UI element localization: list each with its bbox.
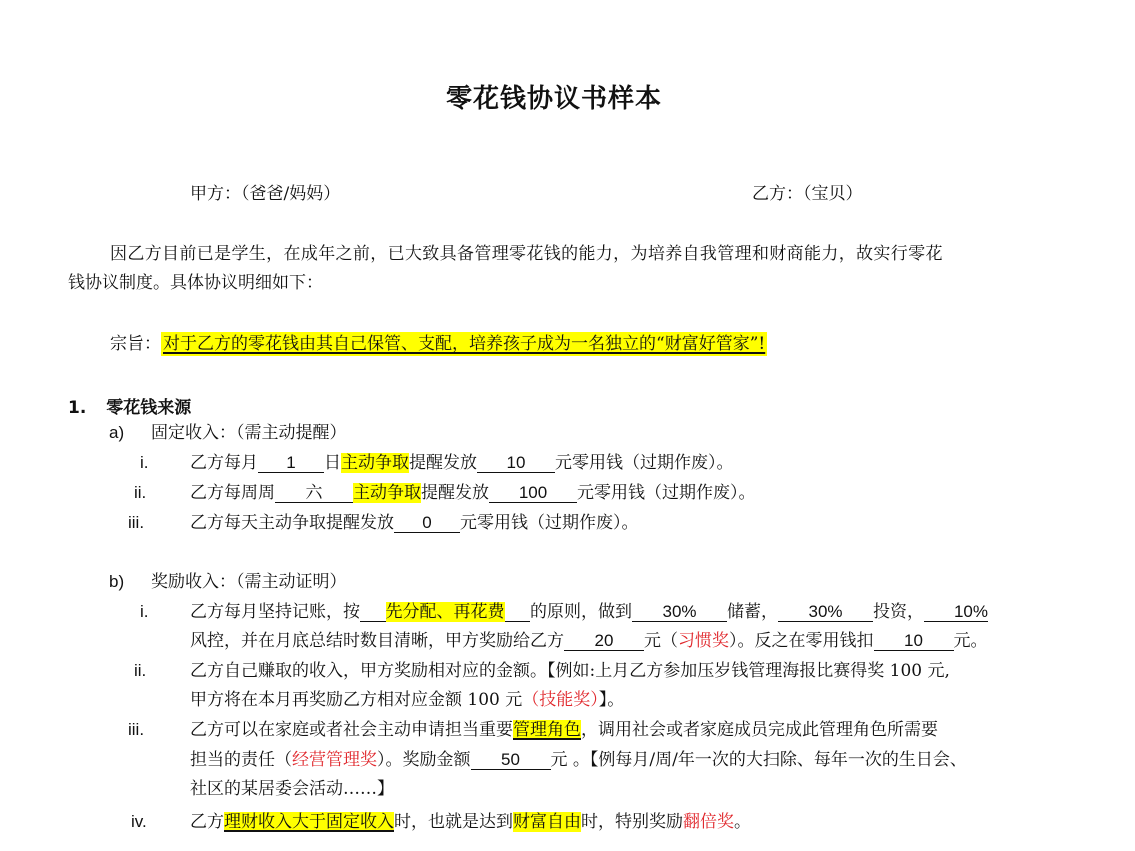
highlight: 先分配、再花费 [386, 602, 505, 622]
party-b: 乙方：（宝贝） [752, 183, 863, 205]
purpose-label: 宗旨： [110, 334, 161, 354]
subsection-a-heading: a) 固定收入：（需主动提醒） [109, 422, 124, 444]
blank-field: 10% [924, 601, 988, 622]
text: 担当的责任（ [190, 750, 292, 770]
list-item-text: 乙方每天主动争取提醒发放0元零用钱（过期作废）。 [190, 512, 639, 534]
award-label: （技能奖） [522, 690, 599, 710]
text: 元（ [644, 631, 678, 651]
text: 元 。【例每月/周/年一次的大扫除、每年一次的生日会、 [551, 750, 967, 770]
text: ，调用社会或者家庭成员完成此管理角色所需要 [581, 720, 938, 740]
text: ）。奖励金额 [377, 750, 471, 770]
list-marker: iv. [131, 812, 147, 831]
text: 乙方每月坚持记账，按 [190, 602, 360, 622]
text: 元零用钱（过期作废）。 [555, 453, 734, 473]
blank-field: 30% [632, 601, 727, 622]
list-marker: iii. [128, 513, 144, 532]
list-marker: iii. [128, 720, 144, 739]
text: 元零用钱（过期作废）。 [460, 513, 639, 533]
blank-field: 10 [477, 452, 555, 473]
text: 提醒发放 [421, 483, 489, 503]
text: 甲方将在本月再奖励乙方相对应金额 100 元 [190, 690, 522, 710]
list-marker: i. [140, 453, 149, 472]
blank-field: 10 [874, 630, 954, 651]
text: 日 [324, 453, 341, 473]
subsection-title: 固定收入：（需主动提醒） [151, 422, 347, 444]
intro-line-1: 因乙方目前已是学生，在成年之前，已大致具备管理零花钱的能力，为培养自我管理和财商… [110, 243, 943, 265]
blank-field: 30% [778, 601, 873, 622]
award-label: 经营管理奖 [292, 750, 377, 770]
text: 。 [734, 812, 751, 832]
text: 乙方每天主动争取提醒发放 [190, 513, 394, 533]
section-number: 1. [68, 398, 86, 418]
list-marker: ii. [134, 661, 146, 680]
list-marker: ii. [134, 483, 146, 502]
text: 元零用钱（过期作废）。 [577, 483, 756, 503]
text: 投资， [873, 602, 924, 622]
list-item: iii. [128, 512, 144, 534]
list-item-text: 担当的责任（经营管理奖）。奖励金额50元 。【例每月/周/年一次的大扫除、每年一… [190, 749, 967, 771]
list-marker: i. [140, 602, 149, 621]
list-item-text: 乙方理财收入大于固定收入时，也就是达到财富自由时，特别奖励翻倍奖。 [190, 811, 751, 833]
text: 时，也就是达到 [394, 812, 513, 832]
list-marker: b) [109, 572, 124, 591]
award-label: 翻倍奖 [683, 812, 734, 832]
list-item-text: 乙方每周周六主动争取提醒发放100元零用钱（过期作废）。 [190, 482, 756, 504]
list-item-text: 乙方可以在家庭或者社会主动申请担当重要管理角色，调用社会或者家庭成员完成此管理角… [190, 719, 938, 741]
blank-field: 100 [489, 482, 577, 503]
text: 储蓄， [727, 602, 778, 622]
intro-line-2: 钱协议制度。具体协议明细如下： [68, 272, 323, 294]
list-item: iii. [128, 719, 144, 741]
blank-field: 0 [394, 512, 460, 533]
section-1-heading: 1. 零花钱来源 [68, 393, 191, 418]
blank-field: 20 [564, 630, 644, 651]
list-item: iv. [131, 811, 147, 833]
blank-field: 1 [258, 452, 324, 473]
list-item-text: 乙方每月坚持记账，按先分配、再花费的原则，做到30%储蓄，30%投资，10% [190, 601, 988, 623]
highlight: 理财收入大于固定收入 [224, 812, 394, 832]
list-item: ii. [134, 482, 146, 504]
award-label: 习惯奖 [678, 631, 729, 651]
subsection-b-heading: b) 奖励收入：（需主动证明） [109, 571, 124, 593]
highlight: 管理角色 [513, 720, 581, 740]
list-item-text: 甲方将在本月再奖励乙方相对应金额 100 元（技能奖）】。 [190, 689, 624, 711]
text: 元。 [954, 631, 988, 651]
text: 时，特别奖励 [581, 812, 683, 832]
text: ）。反之在零用钱扣 [729, 631, 874, 651]
list-item-text: 乙方自己赚取的收入，甲方奖励相对应的金额。【例如:上月乙方参加压岁钱管理海报比赛… [190, 660, 950, 682]
text: 】。 [599, 690, 625, 710]
list-item-text: 乙方每月1日主动争取提醒发放10元零用钱（过期作废）。 [190, 452, 734, 474]
subsection-title: 奖励收入：（需主动证明） [151, 571, 347, 593]
list-item: ii. [134, 660, 146, 682]
party-a: 甲方：（爸爸/妈妈） [190, 183, 340, 205]
text: 乙方每月 [190, 453, 258, 473]
section-title: 零花钱来源 [106, 398, 191, 418]
highlight: 财富自由 [513, 812, 581, 832]
text: 提醒发放 [409, 453, 477, 473]
list-item: i. [140, 452, 149, 474]
blank-field: 先分配、再花费 [360, 601, 530, 622]
blank-field: 50 [471, 749, 551, 770]
list-item-text: 风控，并在月底总结时数目清晰，甲方奖励给乙方20元（习惯奖）。反之在零用钱扣10… [190, 630, 988, 652]
highlight: 主动争取 [341, 453, 409, 473]
blank-field: 六 [275, 482, 353, 503]
text: 的原则，做到 [530, 602, 632, 622]
list-marker: a) [109, 423, 124, 442]
document-title: 零花钱协议书样本 [446, 78, 662, 115]
list-item-text: 社区的某居委会活动……】 [190, 778, 394, 800]
purpose-row: 宗旨：对于乙方的零花钱由其自己保管、支配，培养孩子成为一名独立的“财富好管家”! [110, 333, 767, 355]
text: 乙方每周周 [190, 483, 275, 503]
text: 乙方 [190, 812, 224, 832]
highlight: 主动争取 [353, 483, 421, 503]
text: 乙方可以在家庭或者社会主动申请担当重要 [190, 720, 513, 740]
list-item: i. [140, 601, 149, 623]
text: 风控，并在月底总结时数目清晰，甲方奖励给乙方 [190, 631, 564, 651]
purpose-text: 对于乙方的零花钱由其自己保管、支配，培养孩子成为一名独立的“财富好管家”! [161, 332, 767, 356]
